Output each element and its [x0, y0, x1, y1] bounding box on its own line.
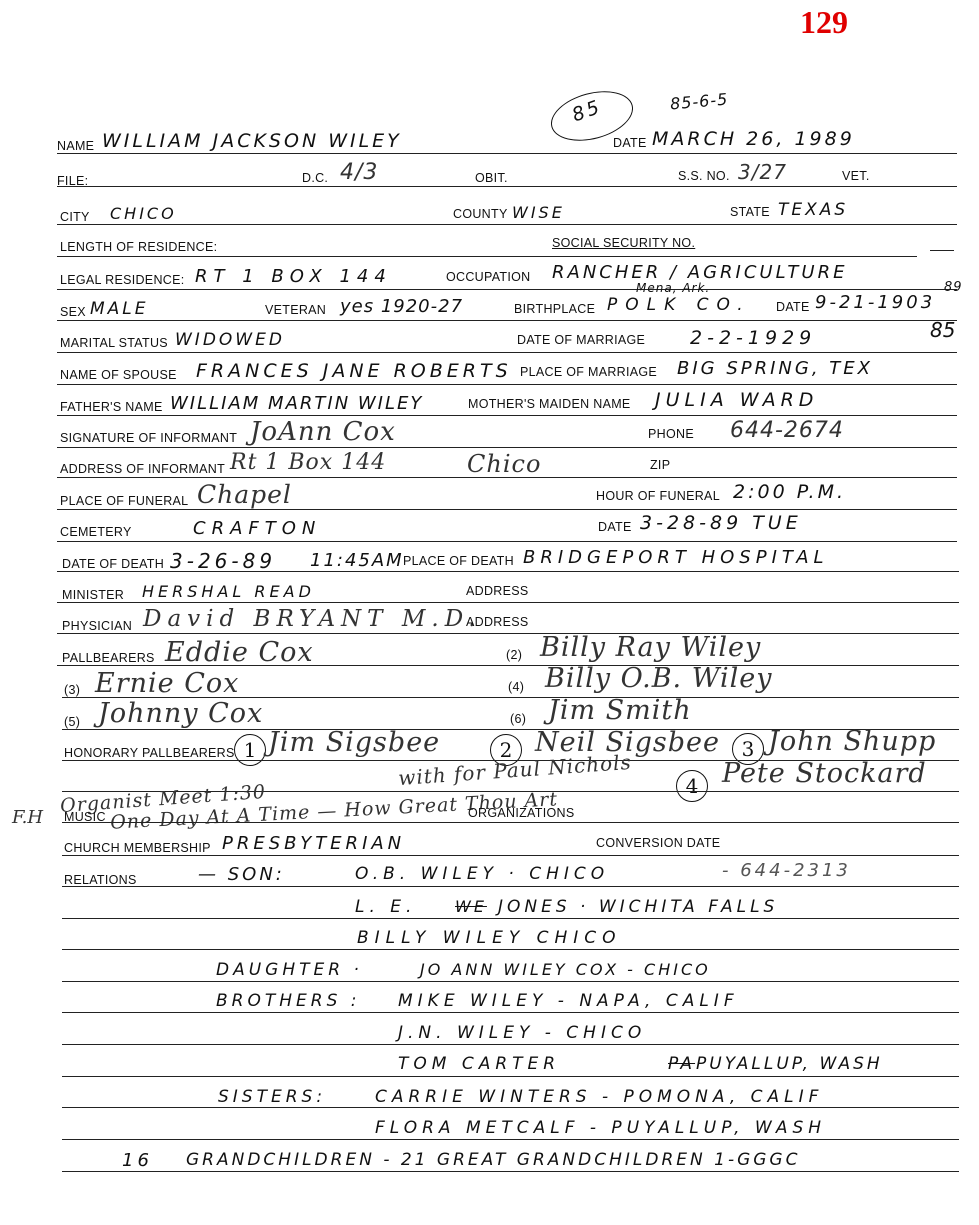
minister-address-label: ADDRESS: [466, 584, 529, 598]
marital-status-value[interactable]: WIDOWED: [175, 330, 285, 350]
pallbearer-2[interactable]: Billy Ray Wiley: [540, 632, 761, 663]
relations-line-5: [62, 1012, 959, 1013]
relation-2-text[interactable]: L. E.: [355, 897, 416, 917]
state-label: STATE: [730, 205, 770, 219]
church-membership-label: CHURCH MEMBERSHIP: [64, 841, 211, 855]
relation-7-text2[interactable]: PUYALLUP, WASH: [696, 1054, 883, 1074]
pallbearer-3[interactable]: Ernie Cox: [95, 668, 239, 699]
legal-residence-row-line: [57, 289, 957, 290]
pallbearer-4[interactable]: Billy O.B. Wiley: [545, 663, 773, 694]
signature-value[interactable]: JoAnn Cox: [250, 417, 396, 447]
social-security-label: SOCIAL SECURITY NO.: [552, 236, 695, 250]
county-value[interactable]: WISE: [512, 203, 565, 222]
address-of-informant-city[interactable]: Chico: [467, 450, 541, 478]
relation-8-text[interactable]: CARRIE WINTERS - POMONA, CALIF: [375, 1087, 823, 1107]
file-row-line: [57, 186, 957, 187]
church-membership-value[interactable]: PRESBYTERIAN: [222, 833, 405, 854]
organizations-label: ORGANIZATIONS: [468, 806, 574, 820]
date-value[interactable]: MARCH 26, 1989: [652, 128, 855, 150]
hour-of-funeral-label: HOUR OF FUNERAL: [596, 489, 720, 503]
relation-5-prefix: BROTHERS :: [216, 991, 361, 1011]
funeral-date-label: DATE: [598, 520, 632, 534]
relations-label: RELATIONS: [64, 873, 137, 887]
birthplace-value[interactable]: POLK CO.: [607, 295, 751, 315]
date-label: DATE: [613, 136, 647, 150]
fathers-row-line: [57, 415, 957, 416]
relations-line-9: [62, 1139, 959, 1140]
relation-5-text[interactable]: MIKE WILEY - NAPA, CALIF: [398, 991, 739, 1011]
pallbearers-row-line-1: [57, 665, 959, 666]
city-row-line: [57, 224, 957, 225]
city-label: CITY: [60, 210, 90, 224]
relation-4-text[interactable]: JO ANN WILEY COX - CHICO: [420, 960, 711, 979]
phone-value[interactable]: 644-2674: [730, 418, 844, 443]
fathers-name-value[interactable]: WILLIAM MARTIN WILEY: [170, 393, 423, 414]
minister-row-line: [57, 602, 959, 603]
occupation-value[interactable]: RANCHER / AGRICULTURE: [552, 262, 847, 283]
conversion-date-label: CONVERSION DATE: [596, 836, 720, 850]
birthplace-note: Mena, Ark.: [636, 281, 710, 295]
honorary-pallbearers-label: HONORARY PALLBEARERS: [64, 746, 235, 760]
relations-line-1: [62, 886, 959, 887]
legal-residence-label: LEGAL RESIDENCE:: [60, 273, 185, 287]
relations-line-8: [62, 1107, 959, 1108]
music-margin-note: F.H: [12, 807, 43, 828]
relations-line-3: [62, 949, 959, 950]
pallbearer-5-num: (5): [64, 715, 80, 729]
pallbearer-6-num: (6): [510, 712, 526, 726]
cemetery-row-line: [57, 541, 957, 542]
mothers-maiden-name-label: MOTHER'S MAIDEN NAME: [468, 397, 631, 411]
time-of-death-value[interactable]: 11:45AM: [310, 550, 404, 571]
sex-value[interactable]: MALE: [90, 299, 149, 319]
place-of-death-label: PLACE OF DEATH: [403, 554, 514, 568]
spouse-row-line: [57, 384, 957, 385]
relation-2-struck: WE: [455, 897, 487, 916]
veteran-label: VETERAN: [265, 303, 326, 317]
phone-label: PHONE: [648, 427, 694, 441]
relations-line-7: [62, 1076, 959, 1077]
death-row-line: [57, 571, 959, 572]
name-value[interactable]: WILLIAM JACKSON WILEY: [102, 130, 402, 152]
dc-value[interactable]: 4/3: [340, 160, 378, 185]
fathers-name-label: FATHER'S NAME: [60, 400, 163, 414]
relation-6-text[interactable]: J.N. WILEY - CHICO: [398, 1023, 646, 1043]
city-value[interactable]: CHICO: [110, 204, 177, 223]
relation-1-extra: - 644-2313: [722, 860, 851, 881]
signature-label: SIGNATURE OF INFORMANT: [60, 431, 237, 445]
pallbearer-2-num: (2): [506, 648, 522, 662]
birth-date-margin-note-1: 89: [944, 280, 963, 295]
ss-no-value[interactable]: 3/27: [738, 160, 787, 184]
pallbearer-4-num: (4): [508, 680, 524, 694]
pallbearer-6[interactable]: Jim Smith: [548, 695, 692, 726]
place-of-funeral-value[interactable]: Chapel: [197, 480, 292, 509]
spouse-value[interactable]: FRANCES JANE ROBERTS: [196, 360, 512, 382]
physician-value[interactable]: David BRYANT M.D.: [143, 606, 482, 632]
physician-row-line: [57, 633, 959, 634]
spouse-label: NAME OF SPOUSE: [60, 368, 177, 382]
page-number: 129: [800, 4, 848, 41]
relation-2-text2[interactable]: JONES · WICHITA FALLS: [498, 897, 778, 917]
date-of-death-value[interactable]: 3-26-89: [170, 549, 276, 573]
residence-row-line: [57, 256, 917, 257]
minister-value[interactable]: HERSHAL READ: [142, 582, 315, 601]
relation-4-prefix: DAUGHTER ·: [216, 960, 363, 980]
name-row-line: [57, 153, 957, 154]
relation-7-struck: PA: [668, 1054, 695, 1074]
state-value[interactable]: TEXAS: [778, 200, 848, 220]
honorary-1-num: 1: [234, 734, 266, 766]
zip-label: ZIP: [650, 458, 670, 472]
relation-9-text[interactable]: FLORA METCALF - PUYALLUP, WASH: [375, 1118, 826, 1138]
relation-1-prefix: — SON:: [198, 864, 285, 885]
relation-10-text[interactable]: GRANDCHILDREN - 21 GREAT GRANDCHILDREN 1…: [186, 1150, 800, 1170]
minister-label: MINISTER: [62, 588, 124, 602]
vet-label: VET.: [842, 169, 870, 183]
county-label: COUNTY: [453, 207, 508, 221]
birth-date-label: DATE: [776, 300, 810, 314]
sex-row-line: [57, 320, 957, 321]
cemetery-value[interactable]: CRAFTON: [193, 518, 321, 539]
dc-label: D.C.: [302, 171, 328, 185]
obit-label: OBIT.: [475, 171, 508, 185]
length-of-residence-label: LENGTH OF RESIDENCE:: [60, 240, 217, 254]
place-of-marriage-value[interactable]: BIG SPRING, TEX: [677, 358, 873, 379]
date-of-marriage-value[interactable]: 2-2-1929: [690, 327, 816, 349]
pallbearers-label: PALLBEARERS: [62, 651, 155, 665]
funeral-date-value[interactable]: 3-28-89 TUE: [640, 512, 802, 534]
relation-8-prefix: SISTERS:: [218, 1087, 326, 1107]
relation-10-prefix: 16: [122, 1150, 153, 1171]
marital-row-line: [57, 352, 957, 353]
veteran-value[interactable]: yes 1920-27: [340, 296, 463, 317]
relation-7-text[interactable]: TOM CARTER: [398, 1054, 560, 1074]
place-of-death-value[interactable]: BRIDGEPORT HOSPITAL: [523, 547, 829, 568]
address-row-line: [57, 477, 957, 478]
cemetery-label: CEMETERY: [60, 525, 132, 539]
church-row-line: [62, 855, 959, 856]
relations-line-6: [62, 1044, 959, 1045]
funeral-row-line: [57, 509, 957, 510]
pallbearer-5[interactable]: Johnny Cox: [98, 698, 263, 729]
relation-1-text[interactable]: O.B. WILEY · CHICO: [355, 864, 609, 884]
address-of-informant-value[interactable]: Rt 1 Box 144: [230, 450, 386, 475]
date-of-marriage-label: DATE OF MARRIAGE: [517, 333, 645, 347]
pallbearer-3-num: (3): [64, 683, 80, 697]
date-of-death-label: DATE OF DEATH: [62, 557, 164, 571]
physician-label: PHYSICIAN: [62, 619, 132, 633]
top-note: 85-6-5: [669, 89, 729, 113]
relations-line-2: [62, 918, 959, 919]
honorary-pallbearer-4[interactable]: Pete Stockard: [722, 758, 927, 789]
sex-label: SEX: [60, 305, 86, 319]
honorary-pallbearer-3[interactable]: John Shupp: [768, 726, 936, 757]
relation-3-text[interactable]: BILLY WILEY CHICO: [357, 928, 622, 948]
physician-address-label: ADDRESS: [466, 615, 529, 629]
marital-status-label: MARITAL STATUS: [60, 336, 168, 350]
honorary-4-num: 4: [676, 770, 708, 802]
occupation-label: OCCUPATION: [446, 270, 530, 284]
birth-date-margin-note-2: 85: [930, 318, 955, 342]
pallbearer-1[interactable]: Eddie Cox: [165, 637, 314, 668]
relations-line-10: [62, 1171, 959, 1172]
signature-row-line: [57, 447, 957, 448]
birth-date-value[interactable]: 9-21-1903: [815, 292, 935, 313]
music-row-line: [62, 822, 959, 823]
relations-line-4: [62, 981, 959, 982]
hour-of-funeral-value[interactable]: 2:00 P.M.: [733, 481, 846, 503]
place-of-marriage-label: PLACE OF MARRIAGE: [520, 365, 657, 379]
address-of-informant-label: ADDRESS OF INFORMANT: [60, 462, 225, 476]
mothers-maiden-name-value[interactable]: JULIA WARD: [655, 389, 818, 411]
ssn-tick-line: [930, 250, 954, 251]
name-label: NAME: [57, 139, 94, 153]
legal-residence-value[interactable]: RT 1 BOX 144: [195, 266, 392, 287]
birthplace-label: BIRTHPLACE: [514, 302, 595, 316]
place-of-funeral-label: PLACE OF FUNERAL: [60, 494, 188, 508]
honorary-pallbearer-1[interactable]: Jim Sigsbee: [268, 727, 440, 758]
ss-no-label: S.S. NO.: [678, 169, 730, 183]
